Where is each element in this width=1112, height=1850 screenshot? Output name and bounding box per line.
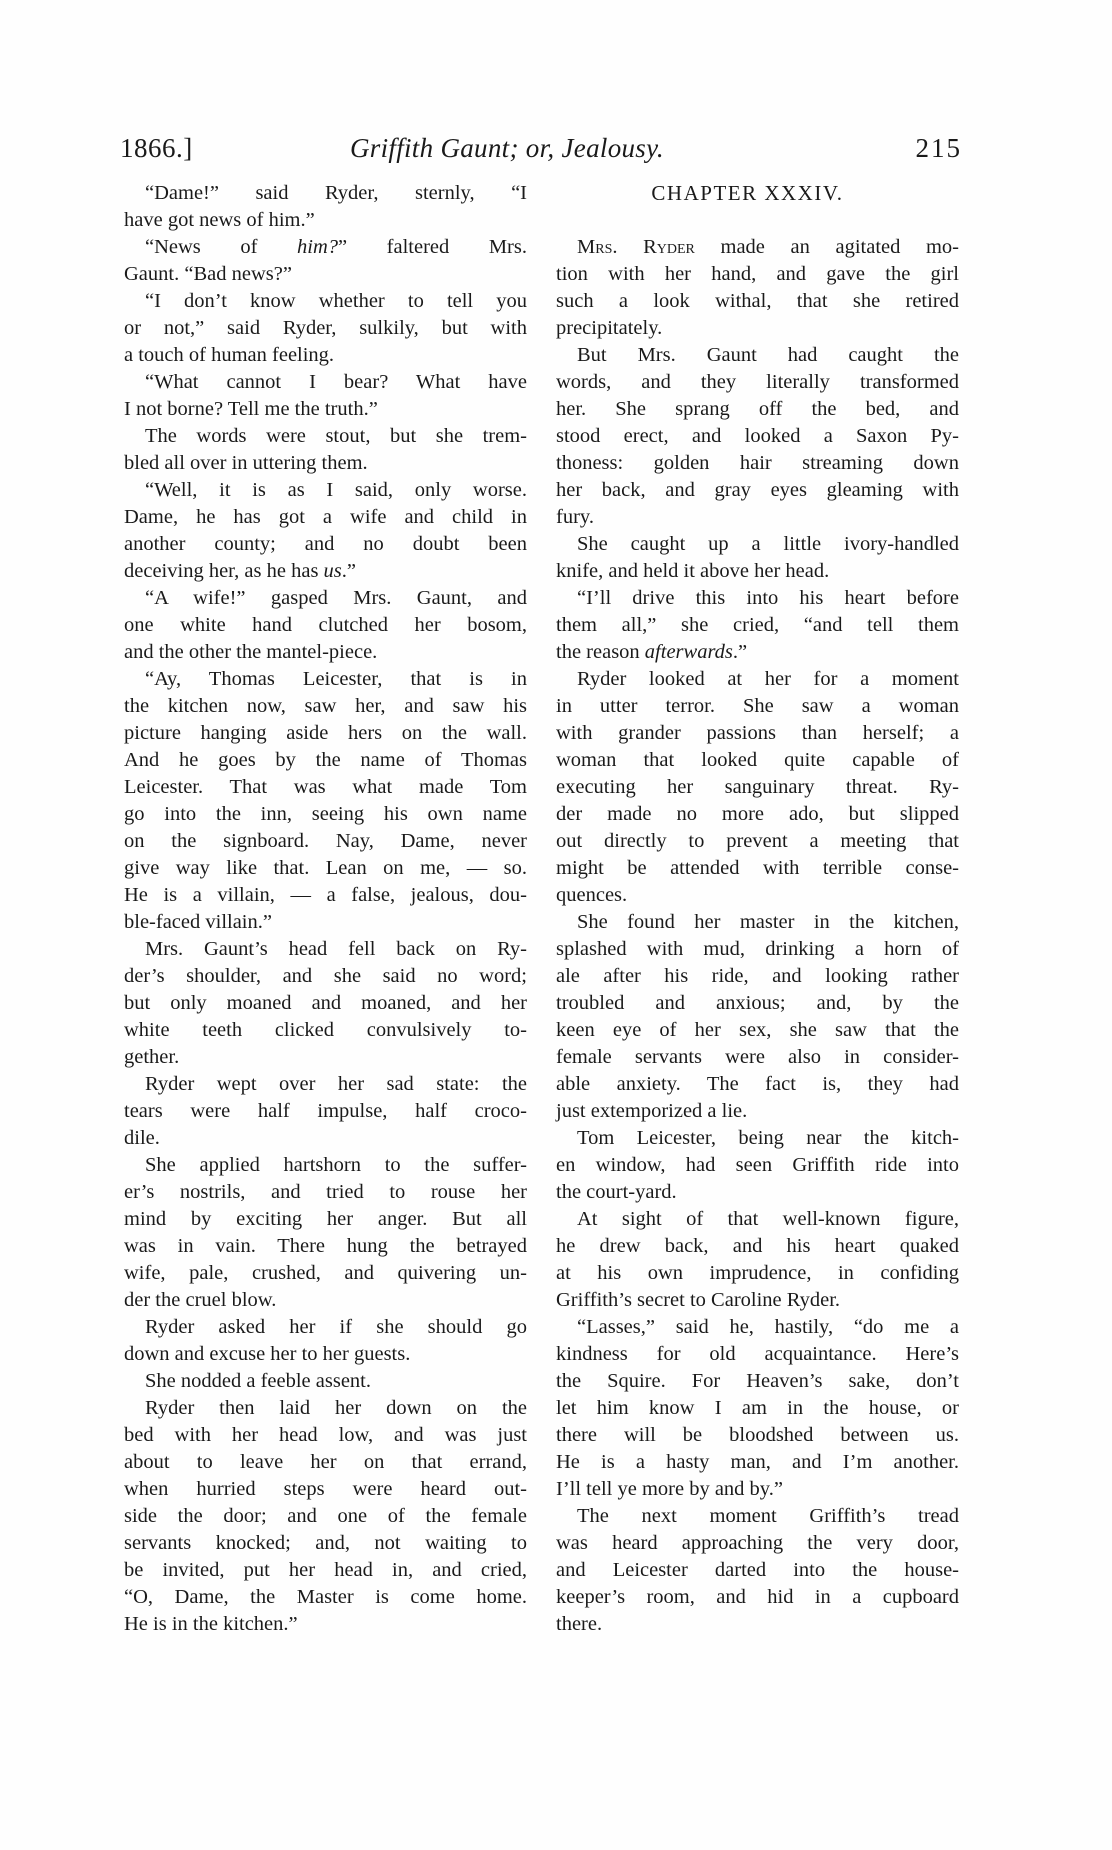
text-line: “I’ll drive this into his heart before xyxy=(556,585,959,612)
text-line: female servants were also in consider- xyxy=(556,1044,959,1071)
text-line: keeper’s room, and hid in a cupboard xyxy=(556,1584,959,1611)
text-line: just extemporized a lie. xyxy=(556,1098,959,1125)
text-line: “News of him?” faltered Mrs. xyxy=(124,234,527,261)
text-line: mind by exciting her anger. But all xyxy=(124,1206,527,1233)
text-line: der made no more ado, but slipped xyxy=(556,801,959,828)
right-text-column: CHAPTER XXXIV. Mrs. Ryder made an agitat… xyxy=(556,180,959,1638)
text-line: en window, had seen Griffith ride into xyxy=(556,1152,959,1179)
text-line: was heard approaching the very door, xyxy=(556,1530,959,1557)
text-line: He is a hasty man, and I’m another. xyxy=(556,1449,959,1476)
right-column-lines: tion with her hand, and gave the girlsuc… xyxy=(556,261,959,1638)
text-line: Gaunt. “Bad news?” xyxy=(124,261,527,288)
text-line: “What cannot I bear? What have xyxy=(124,369,527,396)
text-line: “I don’t know whether to tell you xyxy=(124,288,527,315)
text-line: and Leicester darted into the house- xyxy=(556,1557,959,1584)
text-line: go into the inn, seeing his own name xyxy=(124,801,527,828)
text-line: “Dame!” said Ryder, sternly, “I xyxy=(124,180,527,207)
text-line: give way like that. Lean on me, — so. xyxy=(124,855,527,882)
text-line: executing her sanguinary threat. Ry- xyxy=(556,774,959,801)
text-line: one white hand clutched her bosom, xyxy=(124,612,527,639)
text-line: might be attended with terrible conse- xyxy=(556,855,959,882)
text-line: stood erect, and looked a Saxon Py- xyxy=(556,423,959,450)
left-text-column: “Dame!” said Ryder, sternly, “Ihave got … xyxy=(124,180,527,1638)
text-line: fury. xyxy=(556,504,959,531)
text-line: Mrs. Gaunt’s head fell back on Ry- xyxy=(124,936,527,963)
text-line: knife, and held it above her head. xyxy=(556,558,959,585)
text-line: on the signboard. Nay, Dame, never xyxy=(124,828,527,855)
text-line: tears were half impulse, half croco- xyxy=(124,1098,527,1125)
text-line: “A wife!” gasped Mrs. Gaunt, and xyxy=(124,585,527,612)
text-line: He is a villain, — a false, jealous, dou… xyxy=(124,882,527,909)
text-line: But Mrs. Gaunt had caught the xyxy=(556,342,959,369)
text-line: “Lasses,” said he, hastily, “do me a xyxy=(556,1314,959,1341)
text-line: he drew back, and his heart quaked xyxy=(556,1233,959,1260)
text-line: words, and they literally transformed xyxy=(556,369,959,396)
text-line: At sight of that well-known figure, xyxy=(556,1206,959,1233)
text-line: She applied hartshorn to the suffer- xyxy=(124,1152,527,1179)
text-line: Ryder then laid her down on the xyxy=(124,1395,527,1422)
chapter-opening-line: Mrs. Ryder made an agitated mo- xyxy=(556,234,959,261)
text-line: “O, Dame, the Master is come home. xyxy=(124,1584,527,1611)
page-number: 215 xyxy=(916,132,963,164)
text-line: Dame, he has got a wife and child in xyxy=(124,504,527,531)
text-line: the kitchen now, saw her, and saw his xyxy=(124,693,527,720)
text-line: a touch of human feeling. xyxy=(124,342,527,369)
text-line: her back, and gray eyes gleaming with xyxy=(556,477,959,504)
text-line: quences. xyxy=(556,882,959,909)
text-line: der’s shoulder, and she said no word; xyxy=(124,963,527,990)
book-page: 1866.] Griffith Gaunt; or, Jealousy. 215… xyxy=(0,0,1112,1850)
text-line: picture hanging aside hers on the wall. xyxy=(124,720,527,747)
text-line: her. She sprang off the bed, and xyxy=(556,396,959,423)
text-line: when hurried steps were heard out- xyxy=(124,1476,527,1503)
text-line: in utter terror. She saw a woman xyxy=(556,693,959,720)
text-line: Leicester. That was what made Tom xyxy=(124,774,527,801)
text-line: Ryder looked at her for a moment xyxy=(556,666,959,693)
text-line: have got news of him.” xyxy=(124,207,527,234)
text-line: Griffith’s secret to Caroline Ryder. xyxy=(556,1287,959,1314)
text-line: kindness for old acquaintance. Here’s xyxy=(556,1341,959,1368)
text-line: I’ll tell ye more by and by.” xyxy=(556,1476,959,1503)
running-head: 1866.] Griffith Gaunt; or, Jealousy. 215 xyxy=(120,132,962,164)
text-line: be invited, put her head in, and cried, xyxy=(124,1557,527,1584)
text-line: troubled and anxious; and, by the xyxy=(556,990,959,1017)
running-head-year: 1866.] xyxy=(120,132,193,164)
text-line: She caught up a little ivory-handled xyxy=(556,531,959,558)
text-line: er’s nostrils, and tried to rouse her xyxy=(124,1179,527,1206)
text-line: ble-faced villain.” xyxy=(124,909,527,936)
text-line: let him know I am in the house, or xyxy=(556,1395,959,1422)
text-line: them all,” she cried, “and tell them xyxy=(556,612,959,639)
text-line: Tom Leicester, being near the kitch- xyxy=(556,1125,959,1152)
opening-smallcaps-name: Mrs. Ryder xyxy=(577,236,695,258)
text-line: there. xyxy=(556,1611,959,1638)
text-line: I not borne? Tell me the truth.” xyxy=(124,396,527,423)
text-line: down and excuse her to her guests. xyxy=(124,1341,527,1368)
text-line: bled all over in uttering them. xyxy=(124,450,527,477)
text-line: thoness: golden hair streaming down xyxy=(556,450,959,477)
text-line: woman that looked quite capable of xyxy=(556,747,959,774)
text-line: He is in the kitchen.” xyxy=(124,1611,527,1638)
text-line: or not,” said Ryder, sulkily, but with xyxy=(124,315,527,342)
text-line: Ryder asked her if she should go xyxy=(124,1314,527,1341)
text-line: Ryder wept over her sad state: the xyxy=(124,1071,527,1098)
text-line: the reason afterwards.” xyxy=(556,639,959,666)
text-line: She found her master in the kitchen, xyxy=(556,909,959,936)
chapter-heading: CHAPTER XXXIV. xyxy=(556,180,959,234)
text-line: another county; and no doubt been xyxy=(124,531,527,558)
text-line: side the door; and one of the female xyxy=(124,1503,527,1530)
text-line: was in vain. There hung the betrayed xyxy=(124,1233,527,1260)
text-line: ale after his ride, and looking rather xyxy=(556,963,959,990)
text-line: gether. xyxy=(124,1044,527,1071)
text-line: with grander passions than herself; a xyxy=(556,720,959,747)
text-line: at his own imprudence, in confiding xyxy=(556,1260,959,1287)
text-line: out directly to prevent a meeting that xyxy=(556,828,959,855)
text-line: and the other the mantel-piece. xyxy=(124,639,527,666)
text-line: tion with her hand, and gave the girl xyxy=(556,261,959,288)
text-line: but only moaned and moaned, and her xyxy=(124,990,527,1017)
text-line: And he goes by the name of Thomas xyxy=(124,747,527,774)
text-line: precipitately. xyxy=(556,315,959,342)
text-line: such a look withal, that she retired xyxy=(556,288,959,315)
text-line: der the cruel blow. xyxy=(124,1287,527,1314)
text-line: splashed with mud, drinking a horn of xyxy=(556,936,959,963)
text-line: about to leave her on that errand, xyxy=(124,1449,527,1476)
text-line: wife, pale, crushed, and quivering un- xyxy=(124,1260,527,1287)
text-line: “Well, it is as I said, only worse. xyxy=(124,477,527,504)
text-line: deceiving her, as he has us.” xyxy=(124,558,527,585)
text-line: keen eye of her sex, she saw that the xyxy=(556,1017,959,1044)
text-line: She nodded a feeble assent. xyxy=(124,1368,527,1395)
text-line: bed with her head low, and was just xyxy=(124,1422,527,1449)
opening-line-rest: made an agitated mo- xyxy=(695,236,959,258)
text-line: The next moment Griffith’s tread xyxy=(556,1503,959,1530)
text-line: able anxiety. The fact is, they had xyxy=(556,1071,959,1098)
text-line: there will be bloodshed between us. xyxy=(556,1422,959,1449)
text-line: dile. xyxy=(124,1125,527,1152)
text-line: servants knocked; and, not waiting to xyxy=(124,1530,527,1557)
text-line: The words were stout, but she trem- xyxy=(124,423,527,450)
running-head-title: Griffith Gaunt; or, Jealousy. xyxy=(350,132,664,164)
text-line: “Ay, Thomas Leicester, that is in xyxy=(124,666,527,693)
text-line: the Squire. For Heaven’s sake, don’t xyxy=(556,1368,959,1395)
text-line: white teeth clicked convulsively to- xyxy=(124,1017,527,1044)
text-line: the court-yard. xyxy=(556,1179,959,1206)
